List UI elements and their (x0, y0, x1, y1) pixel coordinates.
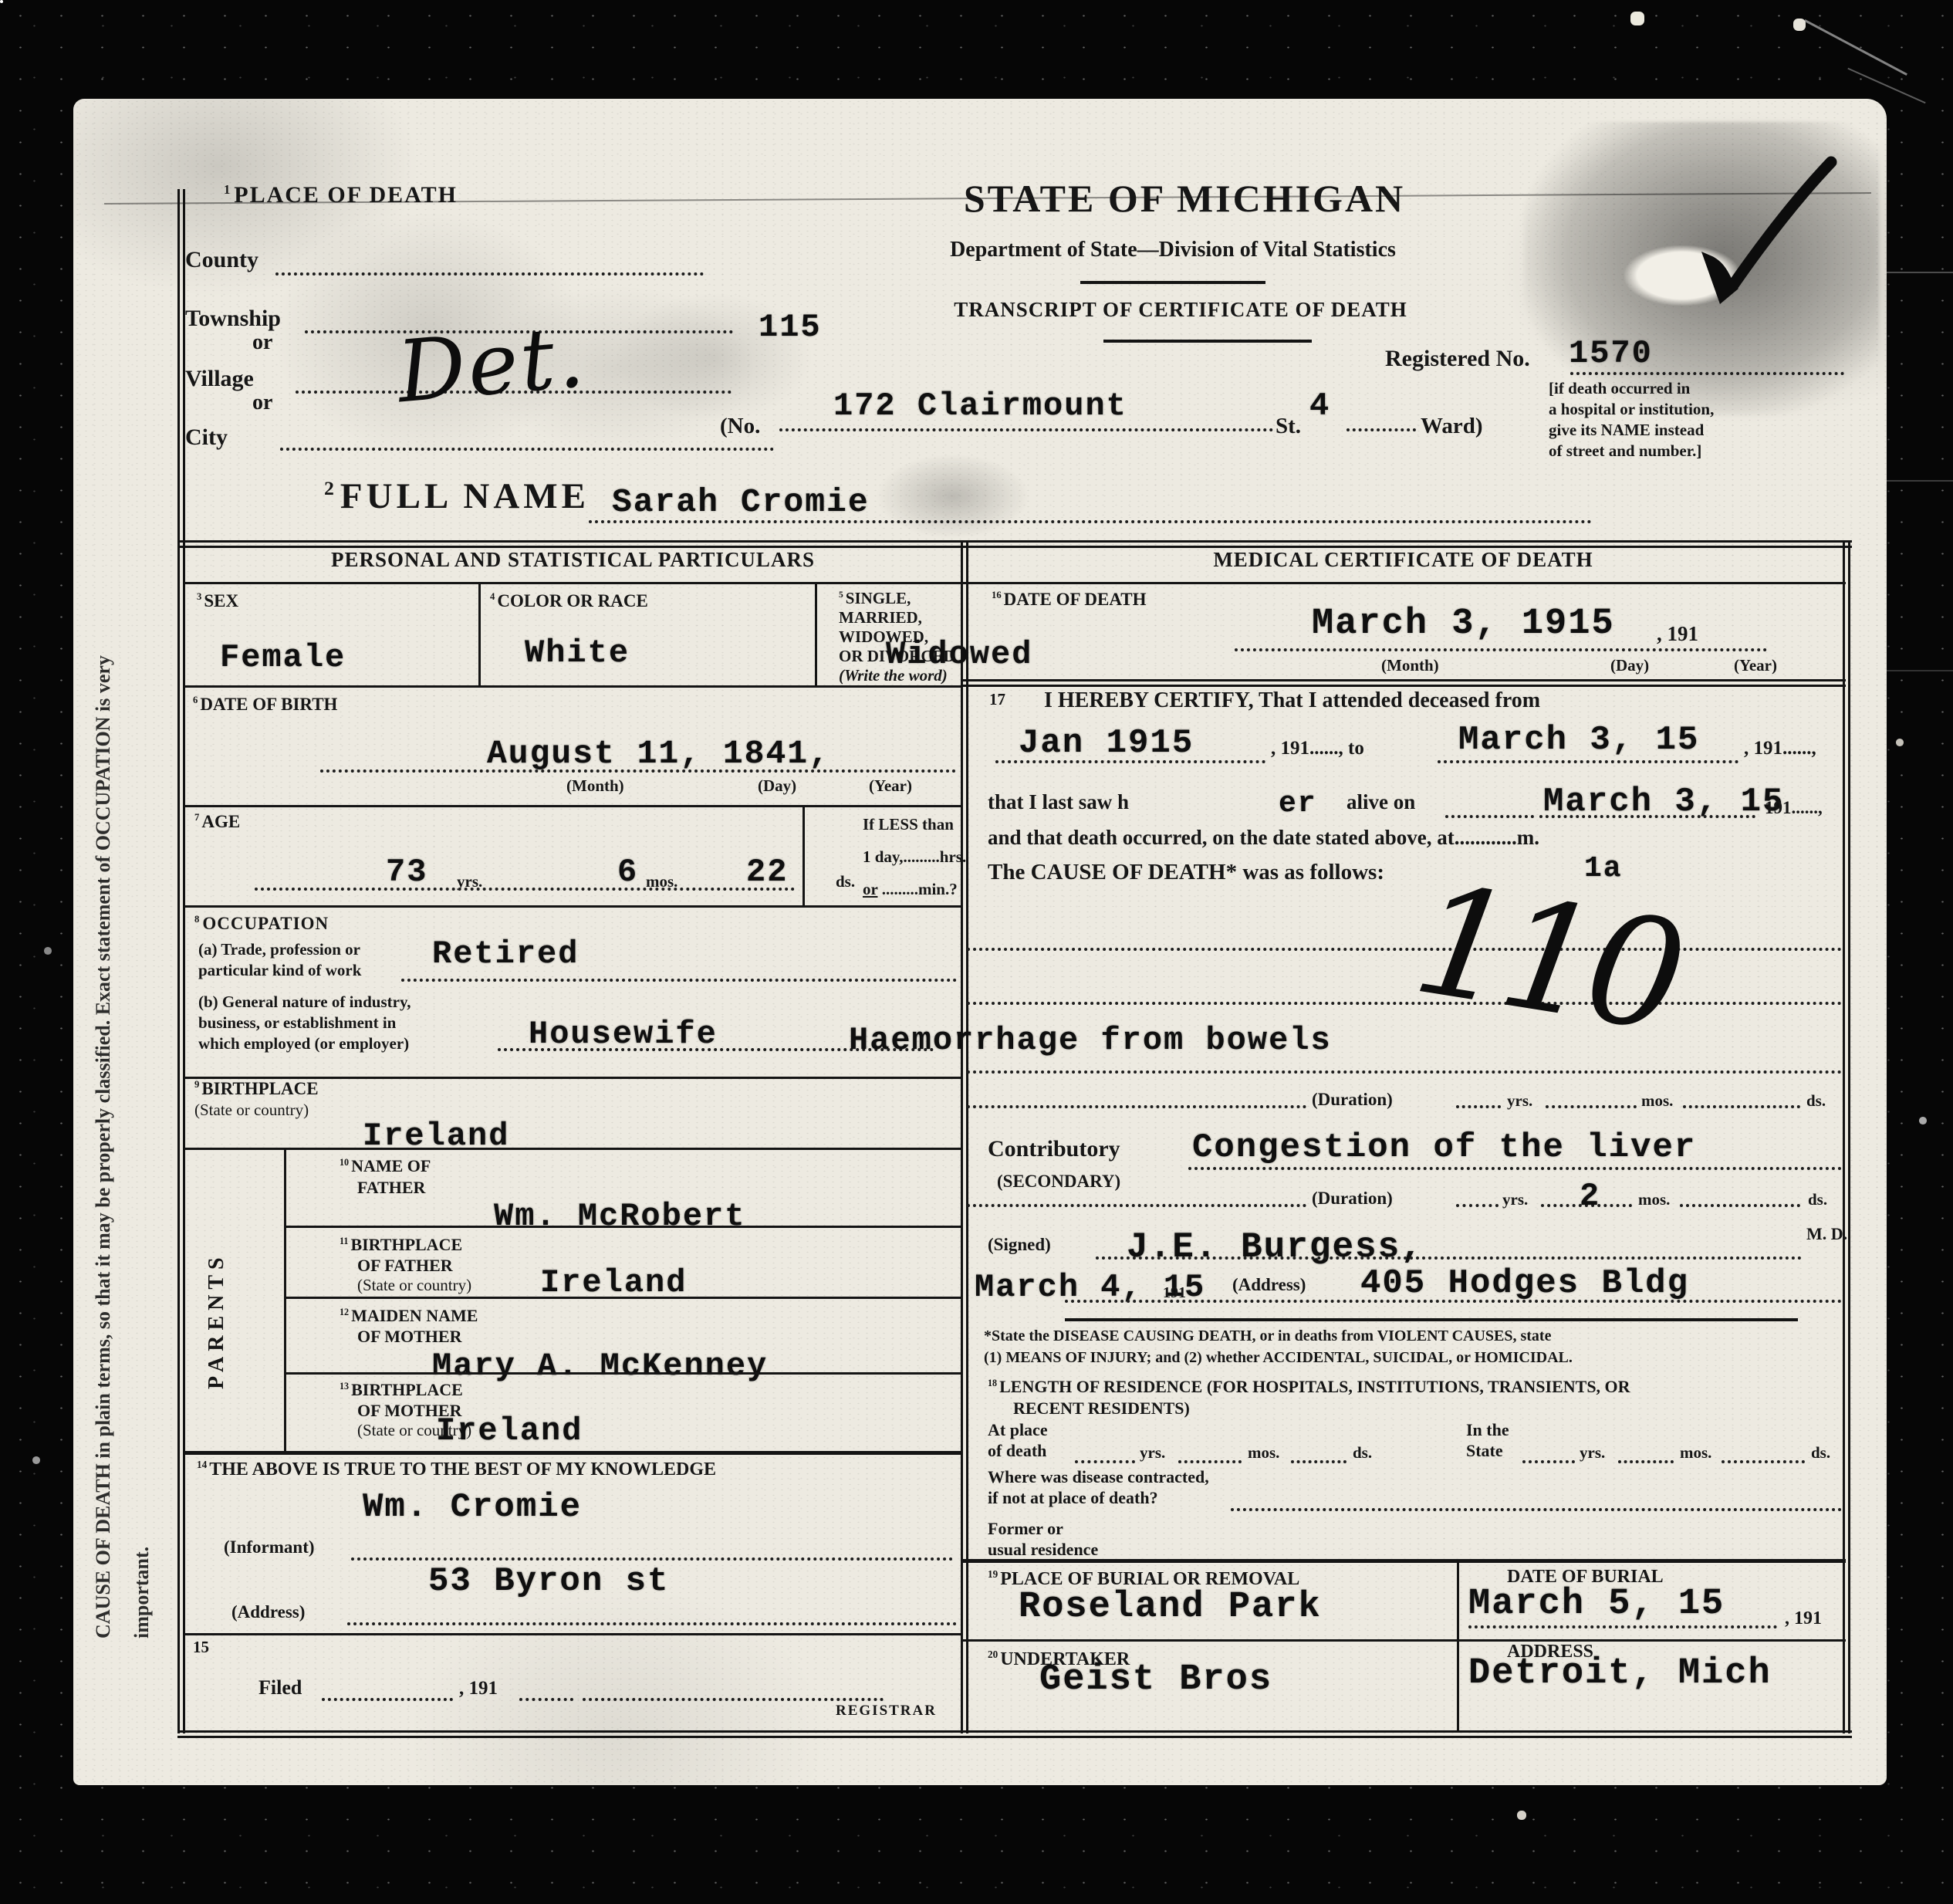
county-label: County (185, 247, 258, 273)
cause-line-1 (967, 948, 1842, 951)
instate-dots-3 (1722, 1460, 1805, 1463)
dob-month-label: (Month) (566, 776, 624, 796)
burial-date-line (1468, 1625, 1777, 1628)
scratch-line (1883, 272, 1953, 273)
personal-title-rule (185, 582, 961, 584)
undertaker-address-value: Detroit, Mich (1468, 1653, 1772, 1694)
contributory-label: Contributory (988, 1136, 1120, 1162)
informant-line (351, 1557, 953, 1561)
burial-191: , 191 (1785, 1608, 1822, 1629)
st-label: St. (1276, 414, 1301, 439)
date-of-death-label: 16DATE OF DEATH (992, 590, 1147, 610)
age-label: 7AGE (194, 812, 240, 832)
street-line (779, 428, 1273, 431)
duration1-yrs: yrs. (1507, 1091, 1532, 1111)
mother-birthplace-label-1: 13BIRTHPLACE (340, 1380, 463, 1400)
attended-from-value: Jan 1915 (1019, 724, 1194, 763)
filed-line-1 (322, 1698, 453, 1701)
age-months-value: 6 (617, 854, 638, 891)
less-than-label-1: If LESS than (863, 815, 954, 834)
duration1-dots-1 (1456, 1105, 1501, 1108)
attended-end-191: , 191......, (1744, 738, 1816, 759)
former-label-2: usual residence (988, 1540, 1098, 1560)
registered-no-line (1570, 372, 1844, 375)
cause-of-death-value: Haemorrhage from bowels (849, 1022, 1332, 1059)
form-bottom-border (177, 1730, 1852, 1738)
duration1-label: (Duration) (1312, 1090, 1393, 1110)
hospital-note: [if death occurred in a hospital or inst… (1549, 378, 1803, 462)
signed-label: (Signed) (988, 1235, 1051, 1255)
transcript-title: TRANSCRIPT OF CERTIFICATE OF DEATH (880, 298, 1482, 322)
medical-title-rule (961, 582, 1846, 584)
full-name-line (589, 520, 1592, 523)
ward-label: Ward) (1421, 414, 1483, 439)
full-name-value: Sarah Cromie (612, 483, 870, 521)
certificate-paper: CAUSE OF DEATH in plain terms, so that i… (73, 99, 1887, 1785)
contracted-label-2: if not at place of death? (988, 1488, 1158, 1508)
death-occurred-text: and that death occurred, on the date sta… (988, 826, 1539, 850)
scratch-line (1883, 670, 1953, 671)
place-of-death-heading: 1PLACE OF DEATH (224, 182, 458, 208)
attest-label: 14THE ABOVE IS TRUE TO THE BEST OF MY KN… (197, 1459, 716, 1480)
or-label-1: or (252, 330, 272, 355)
personal-title: PERSONAL AND STATISTICAL PARTICULARS (185, 548, 961, 572)
full-name-divider (177, 540, 1852, 548)
rule (1080, 281, 1265, 284)
filed-line-2 (519, 1698, 573, 1701)
father-name-label-1: 10NAME OF (340, 1156, 431, 1176)
mother-name-value: Mary A. McKenney (432, 1348, 768, 1385)
signed-line (1096, 1256, 1802, 1260)
informant-address-value: 53 Byron st (428, 1562, 669, 1601)
date-of-death-191: , 191 (1657, 622, 1698, 646)
filed-label: Filed (258, 1676, 302, 1699)
duration2-mos: mos. (1638, 1190, 1670, 1209)
scratch-line (1883, 480, 1953, 482)
duration1-dots-3 (1683, 1105, 1800, 1108)
cell-divider (478, 584, 481, 685)
md-label: M. D. (1806, 1224, 1847, 1244)
dod-divider (961, 679, 1846, 687)
attended-from-line (995, 760, 1265, 763)
duration1-dots-2 (1546, 1105, 1637, 1108)
instate-dots-2 (1618, 1460, 1674, 1463)
occupation-label: 8OCCUPATION (194, 914, 329, 934)
duration2-dots-3 (1680, 1204, 1800, 1207)
color-label: 4COLOR OR RACE (490, 591, 648, 611)
occupation-b-label-2: business, or establishment in (198, 1013, 396, 1033)
duration2-lead (967, 1204, 1306, 1207)
atplace-yrs: yrs. (1140, 1443, 1165, 1463)
mother-name-label-2: OF MOTHER (357, 1327, 461, 1347)
dob-value: August 11, 1841, (487, 735, 830, 773)
secondary-label: (SECONDARY) (997, 1172, 1120, 1192)
column-divider (961, 540, 968, 1733)
age-line (255, 888, 795, 891)
registrar-label: REGISTRAR (836, 1703, 937, 1720)
father-birthplace-sublabel: (State or country) (357, 1276, 471, 1295)
date-of-death-line (1235, 648, 1767, 651)
occupation-b-label-3: which employed (or employer) (198, 1034, 409, 1053)
last-saw-post: alive on (1346, 790, 1415, 814)
contributory-line (1188, 1167, 1842, 1170)
attended-to-value: March 3, 15 (1458, 721, 1699, 759)
undertaker-value: Geist Bros (1039, 1659, 1272, 1700)
contributory-value: Congestion of the liver (1192, 1128, 1696, 1167)
cause-of-death-label: The CAUSE OF DEATH* was as follows: (988, 860, 1384, 885)
cell-divider (815, 584, 817, 685)
at-place-label-1: At place (988, 1420, 1048, 1440)
margin-note-line2: important. (123, 188, 161, 1639)
last-saw-191: 191......, (1765, 798, 1823, 818)
ward-line (1346, 428, 1416, 431)
village-label: Village (185, 366, 254, 392)
occupation-a-line (401, 979, 957, 982)
last-saw-er: er (1279, 787, 1317, 820)
instate-ds: ds. (1811, 1443, 1830, 1463)
dob-day-label: (Day) (758, 776, 796, 796)
dob-label: 6DATE OF BIRTH (193, 695, 337, 715)
informant-label: (Informant) (224, 1537, 315, 1557)
duration1-ds: ds. (1806, 1091, 1826, 1111)
handwritten-110: 110 (1404, 851, 1688, 1065)
scanned-death-certificate: CAUSE OF DEATH in plain terms, so that i… (0, 0, 1953, 1904)
sex-label: 3SEX (197, 591, 238, 611)
residence-label-2: RECENT RESIDENTS) (1013, 1398, 1190, 1419)
father-birthplace-value: Ireland (540, 1264, 687, 1301)
informant-value: Wm. Cromie (363, 1488, 582, 1527)
residence-label-1: 18LENGTH OF RESIDENCE (FOR HOSPITALS, IN… (988, 1377, 1630, 1397)
attended-191-to: , 191......, to (1271, 738, 1364, 759)
dob-year-label: (Year) (869, 776, 912, 796)
row-line (185, 685, 961, 688)
footnote-line-1: *State the DISEASE CAUSING DEATH, or in … (984, 1327, 1551, 1345)
signed-address-label: (Address) (1232, 1275, 1306, 1295)
atplace-mos: mos. (1248, 1443, 1279, 1463)
registered-no-value: 1570 (1569, 335, 1653, 372)
state-label: State (1466, 1441, 1503, 1461)
contracted-label-1: Where was disease contracted, (988, 1467, 1209, 1487)
city-label: City (185, 424, 228, 451)
age-years-value: 73 (386, 854, 427, 891)
at-place-label-2: of death (988, 1441, 1046, 1461)
less-than-label-2: 1 day,.........hrs. (863, 847, 966, 867)
occupation-b-label-1: (b) General nature of industry, (198, 993, 411, 1012)
full-name-label: 2FULL NAME (324, 475, 590, 517)
last-saw-pre: that I last saw h (988, 790, 1129, 814)
signed-address-underline (1065, 1318, 1798, 1321)
age-days-value: 22 (746, 854, 788, 891)
or-label-2: or (252, 391, 272, 415)
cause-line-2 (967, 1002, 1842, 1005)
dod-year-label: (Year) (1734, 656, 1777, 675)
duration2-dots-1 (1456, 1204, 1499, 1207)
form-right-border (1843, 540, 1850, 1733)
mother-birthplace-value: Ireland (436, 1412, 583, 1449)
street-value: 172 Clairmount (833, 387, 1127, 424)
typed-number-115: 115 (759, 309, 822, 346)
row-line (286, 1226, 961, 1228)
mother-name-label-1: 12MAIDEN NAME (340, 1306, 478, 1326)
father-birthplace-label-1: 11BIRTHPLACE (340, 1235, 462, 1255)
atplace-dots-2 (1178, 1460, 1242, 1463)
ds-label: ds. (836, 872, 855, 891)
informant-address-line (347, 1622, 957, 1625)
father-name-label-2: FATHER (357, 1178, 425, 1198)
township-label: Township (185, 306, 281, 332)
attended-to-line (1438, 760, 1738, 763)
occupation-a-label-2: particular kind of work (198, 961, 361, 980)
occupation-a-value: Retired (432, 935, 579, 972)
medical-title: MEDICAL CERTIFICATE OF DEATH (961, 548, 1846, 572)
cause-line-3 (967, 1070, 1842, 1074)
parents-label: PARENTS (204, 1252, 229, 1389)
city-line (280, 448, 774, 451)
gray-smudge (876, 454, 1030, 539)
row-line (185, 1633, 961, 1635)
father-birthplace-label-2: OF FATHER (357, 1256, 453, 1276)
atplace-ds: ds. (1353, 1443, 1372, 1463)
duration2-mos-value: 2 (1580, 1178, 1600, 1215)
scratch-line (1804, 19, 1907, 76)
signed-address-value: 405 Hodges Bldg (1360, 1264, 1689, 1303)
duration1-mos: mos. (1641, 1091, 1673, 1111)
row-line (185, 905, 961, 908)
duration2-yrs: yrs. (1502, 1190, 1528, 1209)
atplace-dots-3 (1291, 1460, 1346, 1463)
burial-value: Roseland Park (1019, 1587, 1322, 1628)
less-than-label-3: or .........min.? (863, 880, 958, 899)
row-line (286, 1372, 961, 1375)
last-saw-line-1 (1445, 815, 1534, 818)
form-left-border (177, 189, 185, 1733)
rule (1103, 340, 1312, 343)
marital-value: Widowed (886, 636, 1032, 673)
contracted-line (1231, 1508, 1842, 1511)
certify-sup: 17 (989, 690, 1005, 709)
occupation-b-value: Housewife (529, 1016, 718, 1053)
row-line (185, 1148, 961, 1150)
state-title: STATE OF MICHIGAN (891, 176, 1478, 221)
dod-month-label: (Month) (1381, 656, 1439, 675)
ward-value: 4 (1309, 387, 1330, 424)
birthplace-sublabel: (State or country) (194, 1101, 309, 1120)
duration1-lead (967, 1105, 1306, 1108)
heavy-row-line (185, 1451, 961, 1455)
informant-address-label: (Address) (231, 1602, 305, 1622)
instate-dots-1 (1522, 1460, 1575, 1463)
burial-date-value: March 5, 15 (1468, 1584, 1725, 1625)
atplace-dots-1 (1075, 1460, 1135, 1463)
instate-mos: mos. (1680, 1443, 1711, 1463)
instate-yrs: yrs. (1580, 1443, 1605, 1463)
footnote-line-2: (1) MEANS OF INJURY; and (2) whether ACC… (984, 1349, 1573, 1367)
margin-note: CAUSE OF DEATH in plain terms, so that i… (84, 188, 164, 1639)
birthplace-label: 9BIRTHPLACE (194, 1079, 319, 1099)
city-handwritten-value: Det. (394, 307, 590, 422)
certify-text: I HEREBY CERTIFY, That I attended deceas… (1044, 688, 1540, 713)
margin-note-line1: CAUSE OF DEATH in plain terms, so that i… (84, 188, 123, 1639)
row-line (961, 1639, 1846, 1642)
filed-191-label: , 191 (459, 1678, 498, 1699)
age-subbox-divider (802, 805, 805, 905)
duration2-ds: ds. (1808, 1190, 1827, 1209)
signed-value: J.E. Burgess, (1127, 1227, 1424, 1267)
burial-divider (1457, 1563, 1459, 1730)
heavy-row-line (961, 1559, 1846, 1563)
scan-speckles (0, 0, 3, 3)
sex-value: Female (220, 639, 346, 676)
in-the-label: In the (1466, 1420, 1509, 1440)
no-label: (No. (720, 414, 760, 439)
signed-address-line (1065, 1300, 1842, 1303)
father-name-value: Wm. McRobert (494, 1198, 745, 1235)
date-of-death-value: March 3, 1915 (1312, 604, 1615, 644)
last-saw-line-2 (1539, 815, 1755, 818)
duration2-label: (Duration) (1312, 1189, 1393, 1209)
occupation-a-label-1: (a) Trade, profession or (198, 940, 360, 959)
parents-divider (284, 1148, 286, 1451)
row-line (286, 1297, 961, 1299)
filed-line-3 (583, 1698, 884, 1701)
department-subtitle: Department of State—Division of Vital St… (845, 238, 1501, 262)
former-label-1: Former or (988, 1519, 1063, 1539)
registered-no-label: Registered No. (1385, 346, 1530, 372)
handwritten-checkmark-icon (1647, 153, 1840, 346)
color-value: White (525, 634, 630, 671)
row-line (185, 805, 961, 807)
dob-line (320, 769, 956, 773)
section-15-label: 15 (193, 1638, 209, 1657)
county-line (275, 272, 704, 276)
dod-day-label: (Day) (1610, 656, 1649, 675)
